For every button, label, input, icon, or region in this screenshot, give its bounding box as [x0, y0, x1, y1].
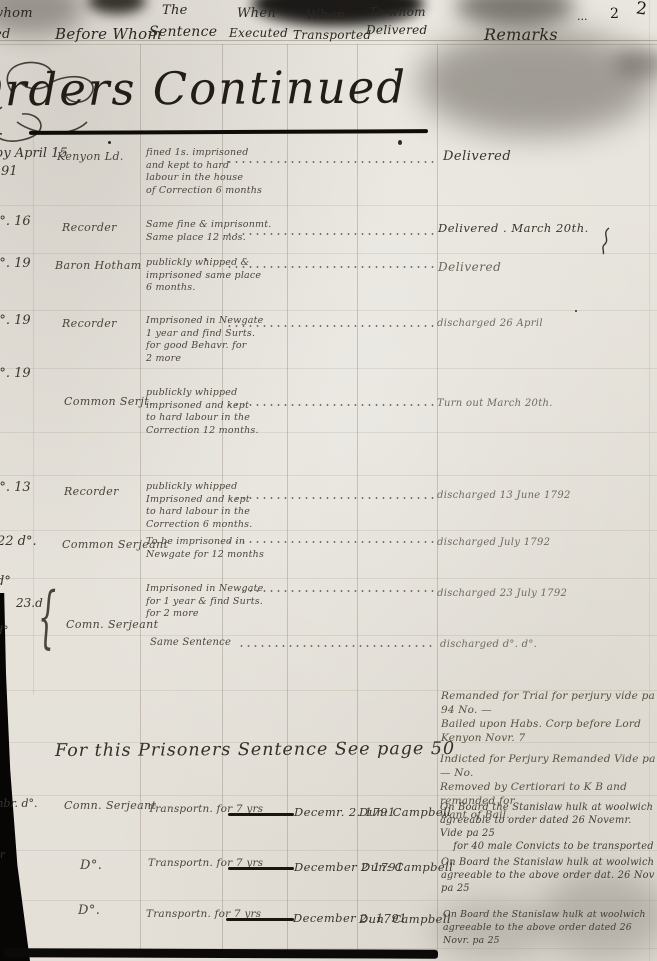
column-header-transported-1: When	[306, 8, 345, 23]
entry-remarks: On Board the Stanislaw hulk at woolwich …	[440, 801, 657, 853]
entry-remarks: discharged 26 April	[437, 318, 543, 329]
row-rule	[0, 205, 657, 206]
row-rule	[0, 310, 657, 311]
entry-date-year: 91	[1, 164, 18, 179]
transport-dash	[228, 867, 294, 870]
column-header-delivered-2: Delivered	[366, 23, 428, 37]
title-underline	[29, 129, 428, 135]
entry-date: d°. 13	[0, 480, 31, 495]
dotted-leader	[226, 541, 434, 543]
dotted-leader	[238, 645, 434, 647]
entry-sentence: To be imprisoned in Newgate for 12 month…	[146, 536, 264, 561]
ink-speck	[575, 310, 577, 312]
entry-date: d°. 19	[0, 313, 31, 328]
entry-judge: Comn. Serjeant	[66, 618, 158, 631]
entry-remarks: Delivered	[438, 260, 501, 274]
entry-sentence: fined 1s. imprisoned and kept to hard la…	[146, 147, 262, 197]
section-title: Orders Continued	[0, 60, 407, 116]
column-header-sentence-2: Sentence	[149, 24, 217, 40]
stain	[455, 0, 575, 26]
entry-remarks: Turn out March 20th.	[437, 398, 553, 409]
entry-delivered-to: Dun. Campbell	[359, 912, 451, 926]
entry-date: r	[0, 850, 5, 861]
column-header-before-whom: Before Whom	[55, 25, 162, 43]
entry-remarks: On Board the Stanislaw hulk at woolwich …	[441, 856, 657, 895]
row-rule	[0, 253, 657, 254]
column-header-executed-2: Executed	[229, 26, 288, 40]
column-header-executed-1: When	[237, 6, 276, 21]
row-rule	[0, 578, 657, 579]
dotted-leader	[226, 161, 434, 163]
transport-dash	[226, 918, 294, 921]
entry-remarks: Delivered . March 20th.	[438, 221, 589, 235]
row-rule	[0, 530, 657, 531]
entry-remarks: On Board the Stanislaw hulk at woolwich …	[443, 908, 657, 947]
entry-sentence: Same fine & imprisonmt. Same place 12 mo…	[146, 219, 271, 244]
column-header-remarks: Remarks	[484, 25, 558, 44]
ink-smudge	[88, 0, 146, 14]
entry-judge: Common Serjt.	[64, 395, 153, 408]
entry-date: d°	[0, 574, 11, 589]
entry-remarks: Remanded for Trial for perjury vide pa 9…	[441, 689, 657, 745]
column-header-sentence-1: The	[162, 3, 188, 18]
entry-judge: Comn. Serjeant	[64, 799, 156, 812]
entry-judge: Recorder	[62, 317, 117, 330]
entry-sentence: Same Sentence	[150, 637, 231, 650]
dotted-leader	[226, 497, 434, 499]
margin-brace: {	[38, 580, 56, 658]
entry-sentence: Imprisoned in Newgate for 1 year & find …	[146, 583, 264, 621]
dotted-leader	[226, 325, 434, 327]
page-edge-shadow	[4, 948, 438, 959]
entry-delivered-to: Dun: Campbell	[359, 805, 451, 819]
page-number: 2	[635, 0, 649, 20]
row-rule	[0, 475, 657, 476]
ledger-page: whom ed Before Whom The Sentence When Ex…	[0, 0, 657, 961]
row-rule	[0, 432, 657, 433]
entry-date: d°. 19	[0, 256, 31, 271]
pen-squiggle	[597, 226, 615, 256]
entry-judge: Kenyon Ld.	[57, 150, 124, 163]
column-header-transported-2: Transported	[293, 28, 371, 42]
entry-remarks: discharged 13 June 1792	[437, 490, 571, 501]
corner-dots: ...	[577, 10, 588, 23]
entry-remarks: discharged July 1792	[437, 537, 550, 548]
dotted-leader	[226, 233, 434, 235]
entry-delivered-to: Dun: Campbell	[361, 860, 453, 874]
entry-judge: D°.	[80, 858, 102, 873]
entry-remarks: discharged d°. d°.	[440, 639, 537, 650]
entry-date: d°. 16	[0, 214, 31, 229]
row-rule	[0, 635, 657, 636]
page-edge-shadow	[0, 593, 30, 961]
see-page-note: For this Prisoners Sentence See page 50	[55, 739, 455, 761]
dotted-leader	[226, 404, 434, 406]
entry-date: d°. 19	[0, 366, 31, 381]
entry-sentence: publickly whipped Imprisoned and kept to…	[146, 481, 252, 531]
stain	[418, 28, 653, 136]
row-rule	[0, 368, 657, 369]
entry-judge: Recorder	[62, 221, 117, 234]
transport-dash	[228, 813, 294, 816]
column-rule	[140, 44, 141, 950]
entry-judge: D°.	[78, 903, 100, 918]
entry-remarks: discharged 23 July 1792	[437, 588, 567, 599]
entry-date: mbr. d°.	[0, 797, 38, 810]
entry-sentence: publickly whipped imprisoned and kept to…	[146, 387, 259, 437]
column-header-cut: whom	[0, 6, 33, 21]
entry-date: 22 d°.	[0, 534, 37, 549]
entry-judge: Baron Hotham	[55, 259, 142, 272]
column-rule	[33, 135, 34, 695]
entry-date: d°	[0, 624, 9, 637]
column-header-delivered-1: To whom	[369, 5, 426, 19]
entry-sentence: Imprisoned in Newgate 1 year and find Su…	[146, 315, 264, 365]
dotted-leader	[226, 266, 434, 268]
ink-speck	[398, 140, 402, 145]
page-number: 2	[610, 6, 619, 22]
column-header-cut: ed	[0, 27, 11, 42]
entry-sentence: publickly whipped & imprisoned same plac…	[146, 257, 261, 295]
entry-judge: Recorder	[64, 485, 119, 498]
entry-remarks: Delivered	[443, 149, 511, 164]
dotted-leader	[240, 590, 434, 592]
